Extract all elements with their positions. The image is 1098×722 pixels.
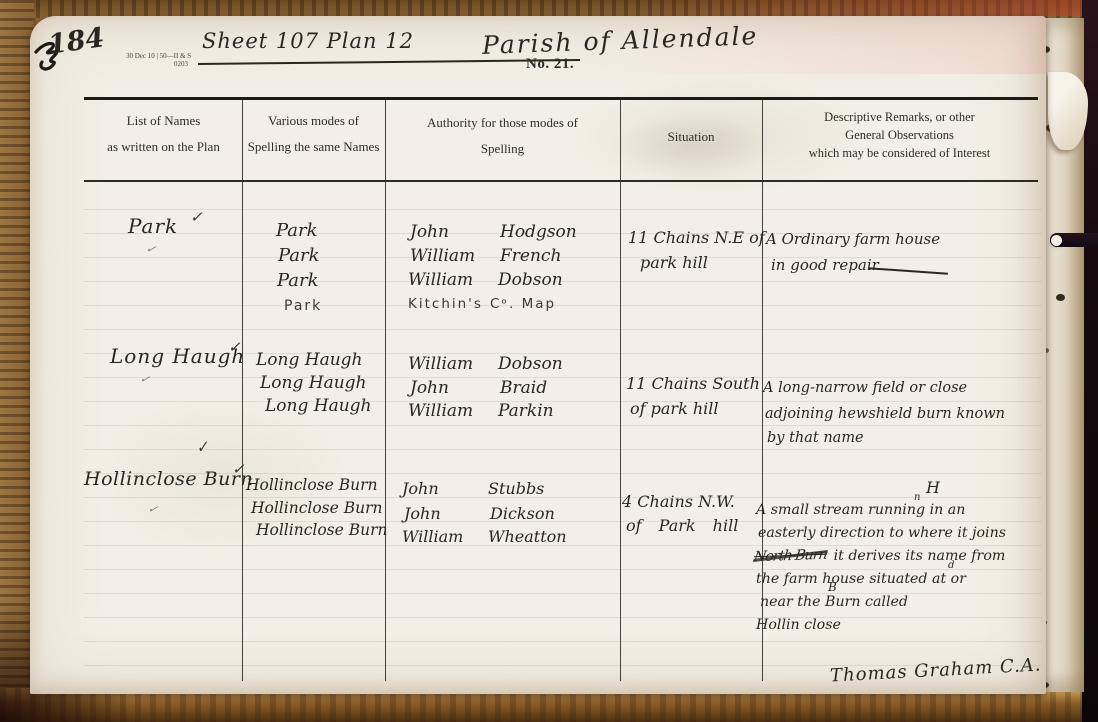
remark-line: adjoining hewshield burn known xyxy=(765,406,1005,422)
authority-entry: WilliamFrench xyxy=(410,246,561,266)
sheet-reference: Sheet 107 Plan 12 xyxy=(202,29,414,53)
authority-entry: WilliamParkin xyxy=(408,401,554,421)
remark-line: A small stream running in an xyxy=(756,502,965,518)
situation-line: 11 Chains N.E of xyxy=(628,228,765,247)
authority-first-name: Kitchin's xyxy=(408,296,490,312)
authority-surname: Dobson xyxy=(498,270,563,290)
situation-line: 4 Chains N.W. xyxy=(622,492,735,511)
remark-line: near the Burn called xyxy=(760,594,908,610)
header-line: Spelling xyxy=(385,136,620,162)
authority-surname: Dickson xyxy=(490,504,555,523)
authority-first-name: William xyxy=(408,270,498,290)
authority-surname: Hodgson xyxy=(500,222,577,242)
authority-surname: French xyxy=(500,246,561,266)
row-name: Park xyxy=(128,214,178,238)
authority-first-name: John xyxy=(404,504,490,523)
remark-line: the farm house situated at or xyxy=(756,571,966,587)
situation-line: 11 Chains South xyxy=(626,374,760,393)
remark-line: in good repair xyxy=(771,256,879,274)
spelling-entry: Hollinclose Burn xyxy=(246,476,378,494)
spelling-entry: Long Haugh xyxy=(265,396,372,416)
check-mark: ✓ xyxy=(190,208,203,226)
spelling-entry: Park xyxy=(277,270,319,291)
ink-underline xyxy=(198,59,580,65)
inserted-letter: n xyxy=(914,492,920,503)
header-line: Spelling the same Names xyxy=(242,134,385,160)
remark-line: North Burnit derives its name from xyxy=(754,548,1005,564)
authority-first-name: William xyxy=(408,401,498,421)
page-number: 184 xyxy=(46,22,106,61)
binding-hole xyxy=(1056,294,1065,301)
column-header-remarks: Descriptive Remarks, or other General Ob… xyxy=(762,108,1037,162)
remark-line: easterly direction to where it joins xyxy=(758,525,1006,541)
spelling-entry: Hollinclose Burn xyxy=(256,521,388,539)
authority-entry: JohnBraid xyxy=(410,378,547,398)
spelling-entry: Hollinclose Burn xyxy=(251,499,383,517)
authority-first-name: John xyxy=(410,222,500,242)
authority-first-name: John xyxy=(402,479,488,498)
row-name: Hollinclose Burn xyxy=(84,468,253,490)
header-line: Situation xyxy=(620,124,762,150)
remark-line: A long-narrow field or close xyxy=(763,380,967,396)
spelling-entry: Long Haugh xyxy=(260,373,367,393)
document-page: 184 30 Dec 10 | 50—II & S 0203 Sheet 107… xyxy=(30,16,1046,694)
header-line: as written on the Plan xyxy=(85,134,242,160)
header-line: List of Names xyxy=(85,108,242,134)
column-header-situation: Situation xyxy=(620,124,762,150)
stamp-line: 30 Dec 10 | 50—II & S xyxy=(126,52,204,60)
wood-red-tint xyxy=(620,0,1098,16)
spelling-entry: Park xyxy=(284,298,322,314)
table-top-rule xyxy=(84,97,1038,100)
authority-surname: Stubbs xyxy=(488,479,544,498)
inserted-letter: d xyxy=(948,560,954,571)
check-mark: ✓ xyxy=(228,338,241,356)
header-line: Descriptive Remarks, or other xyxy=(762,108,1037,126)
book-number: No. 21. xyxy=(526,56,574,73)
spelling-entry: Park xyxy=(276,220,318,241)
remark-text: it derives its name from xyxy=(834,548,1006,564)
authority-entry: WilliamDobson xyxy=(408,354,563,374)
authority-first-name: John xyxy=(410,378,500,398)
spelling-entry: Long Haugh xyxy=(256,350,363,370)
authority-first-name: William xyxy=(402,527,488,546)
date-stamp: 30 Dec 10 | 50—II & S 0203 xyxy=(126,52,204,68)
authority-entry: JohnDickson xyxy=(404,504,555,523)
authority-surname: Cᵒ. Map xyxy=(490,296,556,312)
header-line: Various modes of xyxy=(242,108,385,134)
situation-line: of Park hill xyxy=(626,516,738,535)
authority-entry: Kitchin'sCᵒ. Map xyxy=(408,296,556,312)
authority-surname: Parkin xyxy=(498,401,554,421)
authority-entry: WilliamDobson xyxy=(408,270,563,290)
authority-first-name: William xyxy=(410,246,500,266)
remark-line: by that name xyxy=(767,430,864,446)
authority-surname: Wheatton xyxy=(488,527,567,546)
authority-first-name: William xyxy=(408,354,498,374)
header-bottom-rule xyxy=(84,180,1038,182)
stamp-line: 0203 xyxy=(126,60,204,68)
spelling-entry: Park xyxy=(278,245,320,266)
situation-line: of park hill xyxy=(630,399,719,418)
header-line: Authority for those modes of xyxy=(385,110,620,136)
authority-entry: JohnStubbs xyxy=(402,479,544,498)
struck-out-text: North Burn xyxy=(753,547,828,566)
remark-line: Hollin close xyxy=(756,617,841,633)
header-line: General Observations xyxy=(762,126,1037,144)
authority-entry: WilliamWheatton xyxy=(402,527,567,546)
authority-surname: Dobson xyxy=(498,354,563,374)
situation-line: park hill xyxy=(640,253,708,272)
header-line: which may be considered of Interest xyxy=(762,144,1037,162)
inserted-letter: B xyxy=(828,580,837,594)
remark-line: A Ordinary farm house xyxy=(766,230,940,248)
column-header-spelling-modes: Various modes of Spelling the same Names xyxy=(242,108,385,160)
column-header-authority: Authority for those modes of Spelling xyxy=(385,110,620,162)
row-name: Long Haugh xyxy=(110,344,245,368)
lace-hole xyxy=(1051,235,1062,246)
authority-surname: Braid xyxy=(500,378,547,398)
photograph-of-survey-name-book: 184 30 Dec 10 | 50—II & S 0203 Sheet 107… xyxy=(0,0,1098,722)
column-header-names: List of Names as written on the Plan xyxy=(85,108,242,160)
authority-entry: JohnHodgson xyxy=(410,222,577,242)
check-mark: ✓ xyxy=(232,460,245,478)
inserted-letter: H xyxy=(926,478,940,497)
